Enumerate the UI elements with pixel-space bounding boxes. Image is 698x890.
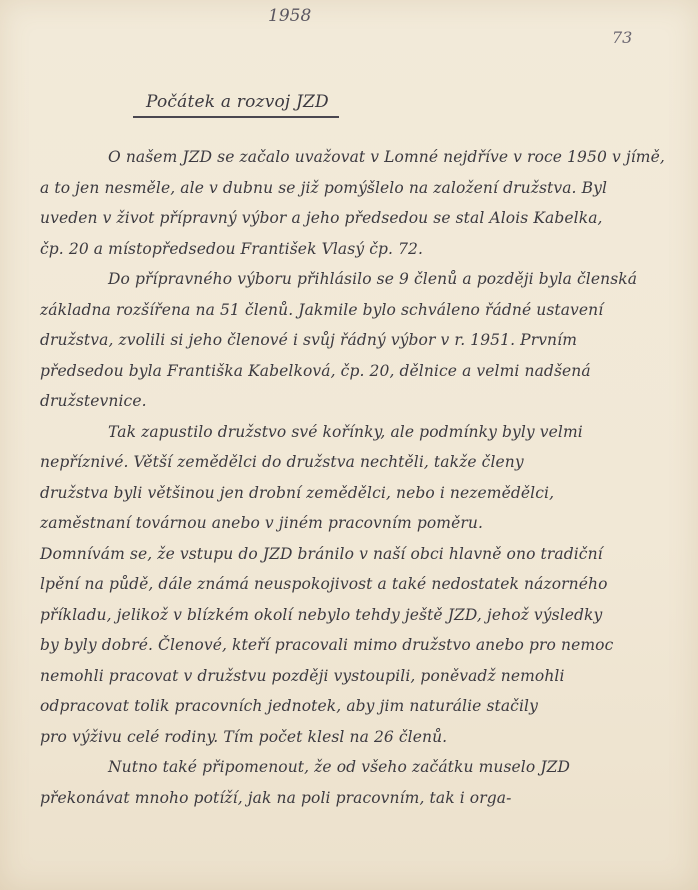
text-line: příkladu, jelikož v blízkém okolí nebylo… bbox=[40, 600, 600, 631]
text-line: by byly dobré. Členové, kteří pracovali … bbox=[40, 630, 600, 661]
text-line: a to jen nesměle, ale v dubnu se již pom… bbox=[40, 173, 600, 204]
page-number: 73 bbox=[612, 28, 632, 47]
text-line: Tak zapustilo družstvo své kořínky, ale … bbox=[40, 417, 600, 448]
text-line: nemohli pracovat v družstvu později vyst… bbox=[40, 661, 600, 692]
text-line: překonávat mnoho potíží, jak na poli pra… bbox=[40, 783, 600, 814]
text-line: Nutno také připomenout, že od všeho začá… bbox=[40, 752, 600, 783]
handwritten-chronicle-page: 1958 73 Počátek a rozvoj JZD O našem JZD… bbox=[0, 0, 698, 890]
text-line: družstevnice. bbox=[40, 386, 600, 417]
title-underline bbox=[133, 116, 339, 118]
text-line: O našem JZD se začalo uvažovat v Lomné n… bbox=[40, 142, 600, 173]
text-line: Domnívám se, že vstupu do JZD bránilo v … bbox=[40, 539, 600, 570]
year-annotation: 1958 bbox=[268, 6, 311, 26]
text-line: družstva, zvolili si jeho členové i svůj… bbox=[40, 325, 600, 356]
text-line: družstva byli většinou jen drobní zemědě… bbox=[40, 478, 600, 509]
text-line: nepříznivé. Větší zemědělci do družstva … bbox=[40, 447, 600, 478]
text-line: základna rozšířena na 51 členů. Jakmile … bbox=[40, 295, 600, 326]
handwritten-body-text: O našem JZD se začalo uvažovat v Lomné n… bbox=[40, 142, 600, 813]
text-line: lpění na půdě, dále známá neuspokojivost… bbox=[40, 569, 600, 600]
text-line: předsedou byla Františka Kabelková, čp. … bbox=[40, 356, 600, 387]
text-line: Do přípravného výboru přihlásilo se 9 čl… bbox=[40, 264, 600, 295]
text-line: uveden v život přípravný výbor a jeho př… bbox=[40, 203, 600, 234]
text-line: pro výživu celé rodiny. Tím počet klesl … bbox=[40, 722, 600, 753]
section-title: Počátek a rozvoj JZD bbox=[146, 92, 329, 112]
text-line: odpracovat tolik pracovních jednotek, ab… bbox=[40, 691, 600, 722]
text-line: zaměstnaní továrnou anebo v jiném pracov… bbox=[40, 508, 600, 539]
text-line: čp. 20 a místopředsedou František Vlasý … bbox=[40, 234, 600, 265]
